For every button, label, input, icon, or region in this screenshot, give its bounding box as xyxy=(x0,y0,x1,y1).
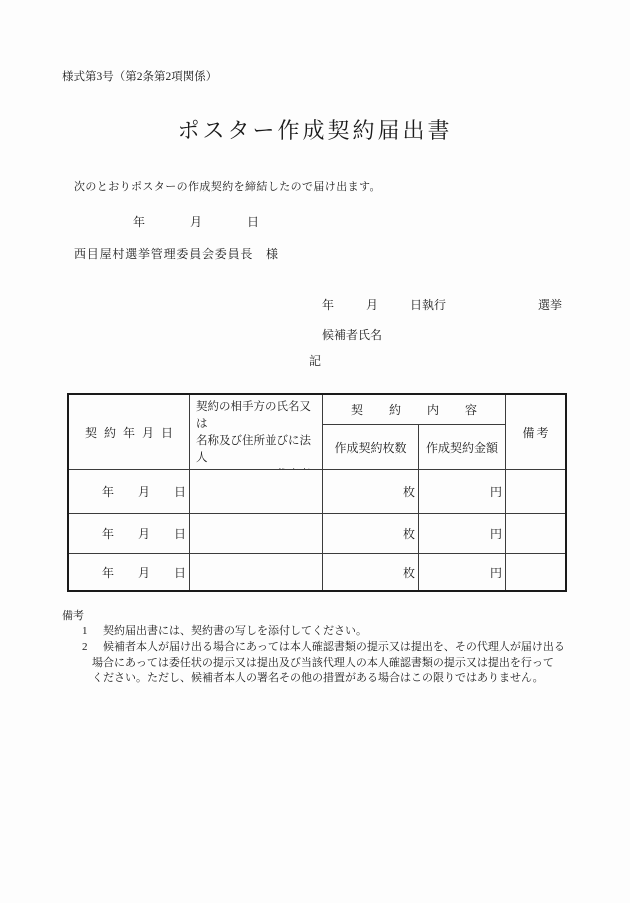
col-header-amount: 作成契約金額 xyxy=(419,425,506,470)
col-header-contract-content: 契 約 内 容 xyxy=(323,395,506,425)
row2-amount-cell: 円 xyxy=(419,514,506,554)
note-item-1: 1 契約届出書には、契約書の写しを添付してください。 xyxy=(82,624,367,640)
row3-amount-unit: 円 xyxy=(490,564,502,581)
date-year-label: 年 xyxy=(133,215,145,230)
row3-remarks-cell xyxy=(506,554,565,590)
record-mark: 記 xyxy=(0,354,630,369)
submission-date-line: 年 月 日 xyxy=(133,215,259,230)
note1-number: 1 xyxy=(82,624,103,640)
row2-month-label: 月 xyxy=(138,525,150,542)
row2-remarks-cell xyxy=(506,514,565,554)
row1-amount-cell: 円 xyxy=(419,470,506,514)
row1-counterparty-cell xyxy=(190,470,323,514)
note1-text: 契約届出書には、契約書の写しを添付してください。 xyxy=(103,624,367,640)
row3-amount-cell: 円 xyxy=(419,554,506,590)
col-header-contract-date: 契約年月日 xyxy=(69,395,190,470)
row3-date-cell: 年 月 日 xyxy=(69,554,190,590)
row2-year-label: 年 xyxy=(102,525,114,542)
row1-day-label: 日 xyxy=(174,483,186,500)
row3-sheets-unit: 枚 xyxy=(403,564,415,581)
election-ymd: 年 月 日執行 xyxy=(322,298,446,313)
row3-counterparty-cell xyxy=(190,554,323,590)
form-number: 様式第3号（第2条第2項関係） xyxy=(62,70,217,84)
candidate-name-label: 候補者氏名 xyxy=(322,328,382,343)
col-header-counterparty: 契約の相手方の氏名又は 名称及び住所並びに法人 にあってはその代表者の 氏名 xyxy=(190,395,323,470)
row2-sheets-unit: 枚 xyxy=(403,525,415,542)
col-header-remarks: 備考 xyxy=(506,395,565,470)
document-page: 様式第3号（第2条第2項関係） ポスター作成契約届出書 次のとおりポスターの作成… xyxy=(0,0,630,903)
row2-sheets-cell: 枚 xyxy=(323,514,419,554)
row3-sheets-cell: 枚 xyxy=(323,554,419,590)
row2-day-label: 日 xyxy=(174,525,186,542)
row1-year-label: 年 xyxy=(102,483,114,500)
row1-date-cell: 年 月 日 xyxy=(69,470,190,514)
row1-remarks-cell xyxy=(506,470,565,514)
election-date-line: 年 月 日執行 選挙 xyxy=(322,298,562,313)
note2-number: 2 xyxy=(82,640,103,656)
col-header-sheets: 作成契約枚数 xyxy=(323,425,419,470)
note2-text: 候補者本人が届け出る場合にあっては本人確認書類の提示又は提出を、その代理人が届け… xyxy=(92,640,592,687)
intro-text: 次のとおりポスターの作成契約を締結したので届け出ます。 xyxy=(74,181,381,195)
row3-month-label: 月 xyxy=(138,564,150,581)
date-month-label: 月 xyxy=(190,215,202,230)
row1-sheets-unit: 枚 xyxy=(403,483,415,500)
date-day-label: 日 xyxy=(247,215,259,230)
election-month-label: 月 xyxy=(366,298,378,313)
row3-day-label: 日 xyxy=(174,564,186,581)
row2-date-cell: 年 月 日 xyxy=(69,514,190,554)
row2-counterparty-cell xyxy=(190,514,323,554)
election-year-label: 年 xyxy=(322,298,334,313)
row1-amount-unit: 円 xyxy=(490,483,502,500)
row3-year-label: 年 xyxy=(102,564,114,581)
row1-sheets-cell: 枚 xyxy=(323,470,419,514)
election-label: 選挙 xyxy=(538,298,562,313)
row1-month-label: 月 xyxy=(138,483,150,500)
row2-amount-unit: 円 xyxy=(490,525,502,542)
notes-heading: 備考 xyxy=(62,610,84,624)
page-title: ポスター作成契約届出書 xyxy=(0,117,630,145)
addressee-line: 西目屋村選挙管理委員会委員長 様 xyxy=(74,247,279,262)
election-day-label: 日執行 xyxy=(410,298,446,313)
note-item-2: 2 候補者本人が届け出る場合にあっては本人確認書類の提示又は提出を、その代理人が… xyxy=(92,640,592,687)
contract-table: 契約年月日 契約の相手方の氏名又は 名称及び住所並びに法人 にあってはその代表者… xyxy=(67,393,567,592)
